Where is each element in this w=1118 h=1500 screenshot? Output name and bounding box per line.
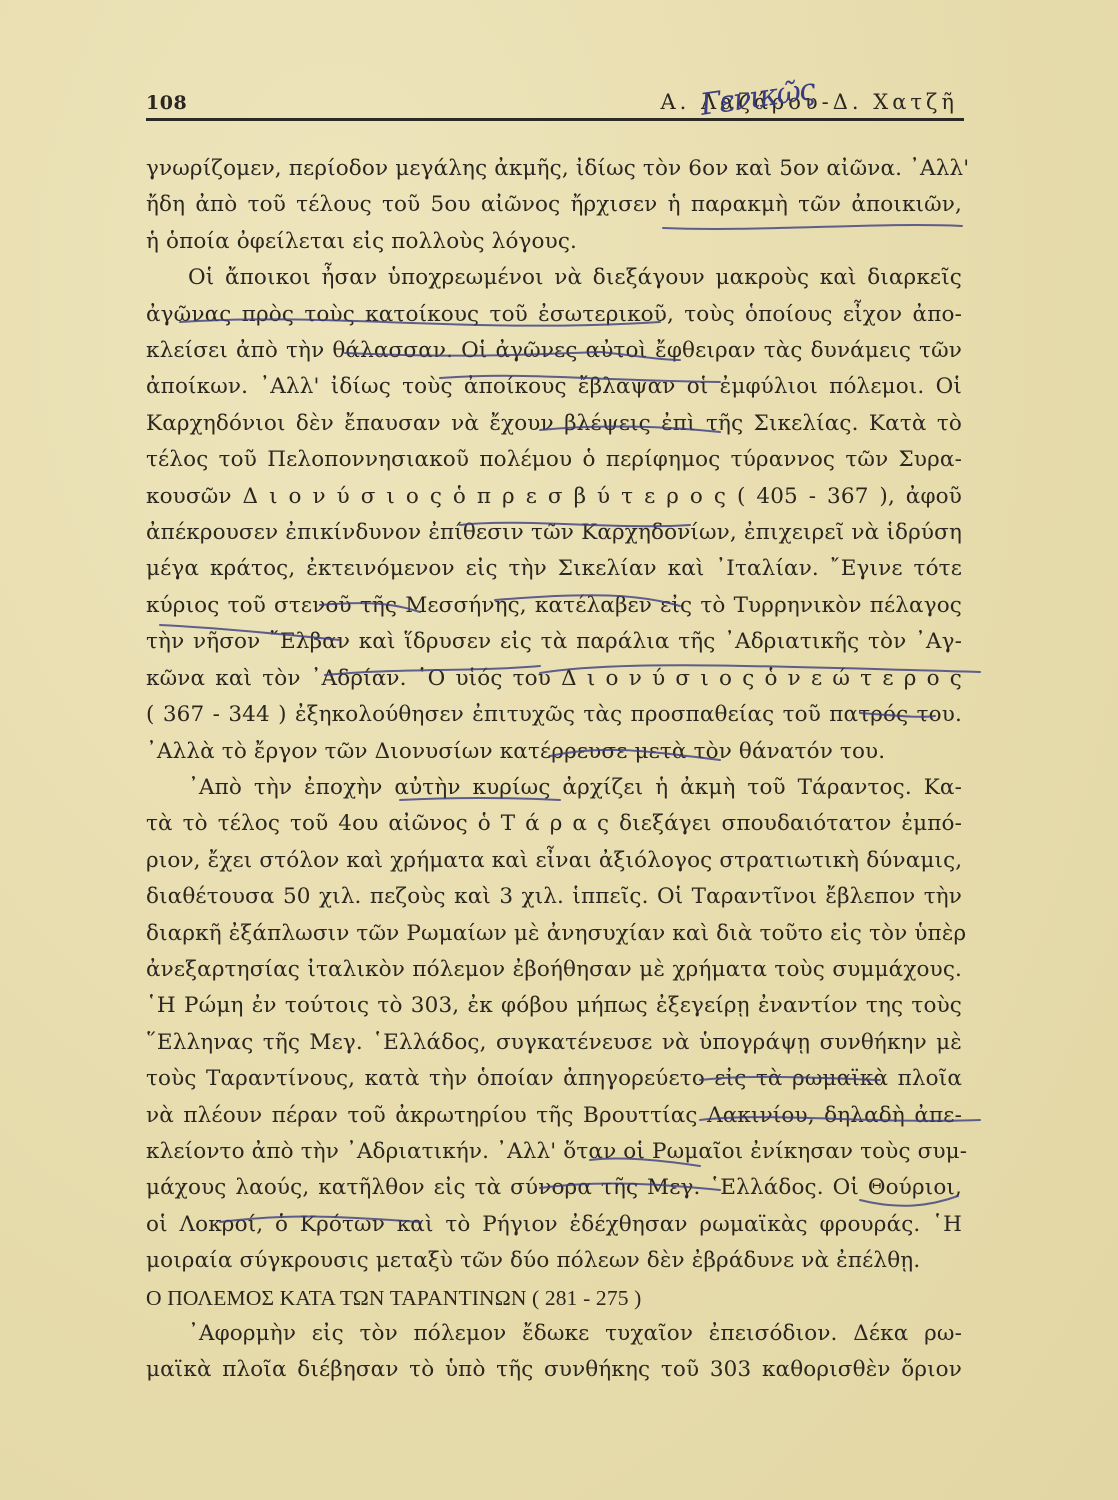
text-line: Καρχηδόνιοι δὲν ἔπαυσαν νὰ ἔχουν βλέψεις…: [146, 406, 962, 442]
text-line: οἱ Λοκροί, ὁ Κρότων καὶ τὸ Ρήγιον ἐδέχθη…: [146, 1207, 962, 1243]
text-line: διαθέτουσα 50 χιλ. πεζοὺς καὶ 3 χιλ. ἱππ…: [146, 879, 962, 915]
text-line: μέγα κράτος, ἐκτεινόμενον εἰς τὴν Σικελί…: [146, 551, 962, 587]
text-line: μοιραία σύγκρουσις μεταξὺ τῶν δύο πόλεων…: [146, 1243, 962, 1279]
text-line: νὰ πλέουν πέραν τοῦ ἀκρωτηρίου τῆς Βρουτ…: [146, 1098, 962, 1134]
text-line: ἀποίκων. ᾿Αλλ' ἰδίως τοὺς ἀποίκους ἔβλαψ…: [146, 369, 962, 405]
text-line: τὴν νῆσον ῎Ελβαν καὶ ἵδρυσεν εἰς τὰ παρά…: [146, 624, 962, 660]
text-line: Οἱ ἄποικοι ἦσαν ὑποχρεωμένοι νὰ διεξάγου…: [146, 260, 962, 296]
text-line: κύριος τοῦ στενοῦ τῆς Μεσσήνης, κατέλαβε…: [146, 588, 962, 624]
text-line: ᾿Απὸ τὴν ἐποχὴν αὐτὴν κυρίως ἀρχίζει ἡ ἀ…: [146, 770, 962, 806]
text-line: μαϊκὰ πλοῖα διέβησαν τὸ ὑπὸ τῆς συνθήκης…: [146, 1352, 962, 1388]
document-page: 108 Α. Λαζάρου-Δ. Χατζῆ γνωρίζομεν, περί…: [146, 80, 962, 1389]
text-line: μάχους λαούς, κατῆλθον εἰς τὰ σύνορα τῆς…: [146, 1170, 962, 1206]
page-number: 108: [146, 92, 187, 114]
body-text: γνωρίζομεν, περίοδον μεγάλης ἀκμῆς, ἰδίω…: [146, 151, 962, 1389]
text-line: ἀνεξαρτησίας ἰταλικὸν πόλεμον ἐβοήθησαν …: [146, 952, 962, 988]
text-line: κλείοντο ἀπὸ τὴν ᾿Αδριατικήν. ᾿Αλλ' ὅταν…: [146, 1134, 962, 1170]
text-line: ἀγῶνας πρὸς τοὺς κατοίκους τοῦ ἐσωτερικο…: [146, 297, 962, 333]
text-line: κουσῶν Δ ι ο ν ύ σ ι ο ς ὁ π ρ ε σ β ύ τ…: [146, 479, 962, 515]
text-line: ἀπέκρουσεν ἐπικίνδυνον ἐπίθεσιν τῶν Καρχ…: [146, 515, 962, 551]
text-line: τοὺς Ταραντίνους, κατὰ τὴν ὁποίαν ἀπηγορ…: [146, 1061, 962, 1097]
text-line: ἤδη ἀπὸ τοῦ τέλους τοῦ 5ου αἰῶνος ἤρχισε…: [146, 187, 962, 223]
text-line: τέλος τοῦ Πελοποννησιακοῦ πολέμου ὁ περί…: [146, 442, 962, 478]
text-line: κλείσει ἀπὸ τὴν θάλασσαν. Οἱ ἀγῶνες αὐτο…: [146, 333, 962, 369]
text-line: ῾Η Ρώμη ἐν τούτοις τὸ 303, ἐκ φόβου μήπω…: [146, 988, 962, 1024]
text-line: ριον, ἔχει στόλον καὶ χρήματα καὶ εἶναι …: [146, 843, 962, 879]
text-line: γνωρίζομεν, περίοδον μεγάλης ἀκμῆς, ἰδίω…: [146, 151, 962, 187]
text-line: ᾿Αλλὰ τὸ ἔργον τῶν Διονυσίων κατέρρευσε …: [146, 734, 962, 770]
text-line: ἡ ὁποία ὀφείλεται εἰς πολλοὺς λόγους.: [146, 224, 962, 260]
text-line: τὰ τὸ τέλος τοῦ 4ου αἰῶνος ὁ Τ ά ρ α ς δ…: [146, 806, 962, 842]
text-line: κῶνα καὶ τὸν ᾿Αδρίαν. ῾Ο υἱός του Δ ι ο …: [146, 661, 962, 697]
text-line: ᾿Αφορμὴν εἰς τὸν πόλεμον ἔδωκε τυχαῖον ἐ…: [146, 1316, 962, 1352]
header-rule: [146, 118, 964, 121]
running-head: 108 Α. Λαζάρου-Δ. Χατζῆ: [146, 80, 962, 114]
text-line: διαρκῆ ἐξάπλωσιν τῶν Ρωμαίων μὲ ἀνησυχία…: [146, 916, 962, 952]
text-line: ( 367 - 344 ) ἐξηκολούθησεν ἐπιτυχῶς τὰς…: [146, 697, 962, 733]
text-line: ῞Ελληνας τῆς Μεγ. ῾Ελλάδος, συγκατένευσε…: [146, 1025, 962, 1061]
section-heading: Ο ΠΟΛΕΜΟΣ ΚΑΤΑ ΤΩΝ ΤΑΡΑΝΤΙΝΩΝ ( 281 - 27…: [146, 1280, 962, 1316]
